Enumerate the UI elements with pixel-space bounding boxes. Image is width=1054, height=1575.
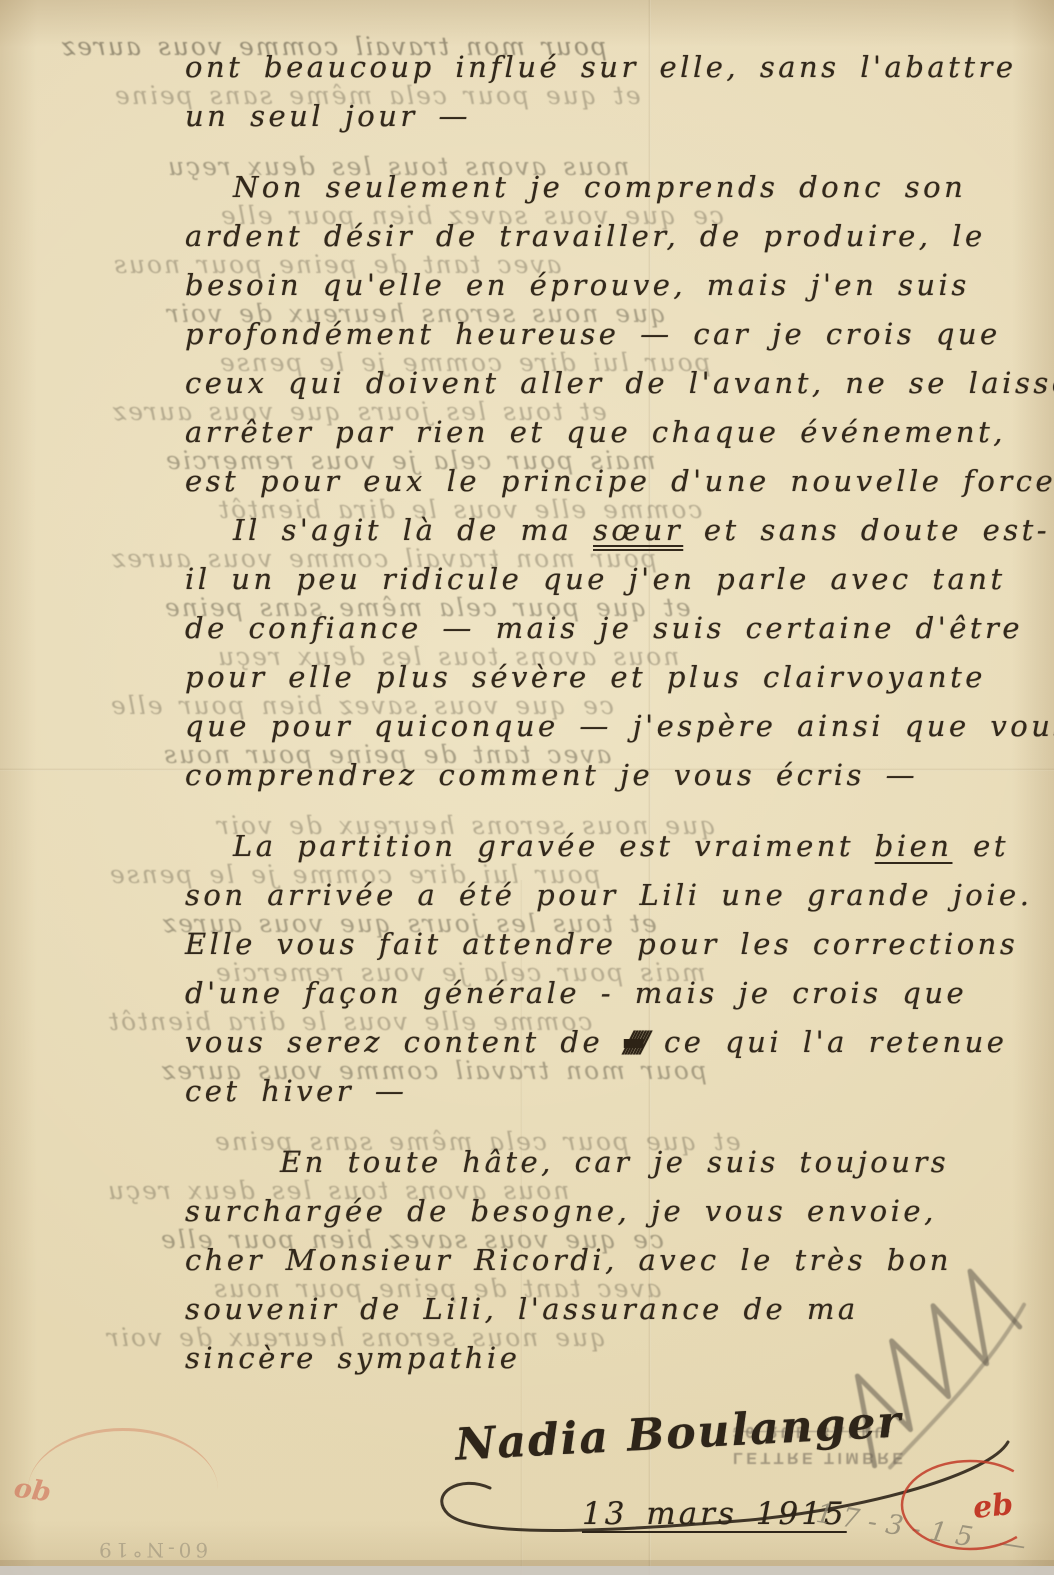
handwritten-text: un seul jour — (185, 99, 471, 133)
handwritten-text: profondément heureuse — car je crois que (185, 317, 1001, 351)
handwritten-text: d'une façon générale - mais je crois que (185, 976, 967, 1010)
handwritten-text: En toute hâte, car je suis toujours (280, 1145, 949, 1179)
handwritten-text: souvenir de Lili, l'assurance de ma (185, 1292, 859, 1326)
handwritten-text: cher Monsieur Ricordi, avec le très bon (185, 1243, 952, 1277)
handwritten-text: pour elle plus sévère et plus clairvoyan… (185, 660, 986, 694)
handwritten-text: ardent désir de travailler, de produire,… (185, 219, 986, 253)
red-circle-mark: eb (971, 1487, 1015, 1526)
handwritten-text: surchargée de besogne, je vous envoie, (185, 1194, 937, 1228)
handwritten-text: que pour quiconque — j'espère ainsi que … (185, 709, 1054, 743)
corner-red-arc (28, 1428, 218, 1551)
letter-line: avec tant de peine pour nouscomprendrez … (0, 758, 1054, 807)
handwritten-text: comprendrez comment je vous écris — (185, 758, 918, 792)
handwritten-text: Il s'agit là de ma sœur et sans doute es… (233, 513, 1050, 547)
handwritten-text: Elle vous fait attendre pour les correct… (185, 927, 1018, 961)
handwritten-text: est pour eux le principe d'une nouvelle … (185, 464, 1054, 498)
handwritten-text: ont beaucoup influé sur elle, sans l'aba… (185, 50, 1017, 84)
handwritten-text: arrêter par rien et que chaque événement… (185, 415, 1006, 449)
handwritten-text: La partition gravée est vraiment bien et (233, 829, 1009, 863)
scan-edge-strip (0, 1566, 1054, 1575)
handwritten-text: il un peu ridicule que j'en parle avec t… (185, 562, 1006, 596)
letter-line: pour mon travail comme vous aurezcet hiv… (0, 1074, 1054, 1123)
handwritten-text: cet hiver — (185, 1074, 407, 1108)
letter-body: pour mon travail comme vous aurezont bea… (0, 50, 1054, 1390)
handwritten-text: sincère sympathie (185, 1341, 520, 1375)
handwritten-text: vous serez content de /////// ce qui l'a… (185, 1025, 1007, 1059)
handwritten-text: Non seulement je comprends donc son (233, 170, 966, 204)
date: 13 mars 1915 (582, 1496, 847, 1532)
corner-pencil-note: 60-N°19 (95, 1538, 208, 1562)
red-circle-annotation: eb (895, 1453, 1045, 1563)
red-circle-outline (895, 1453, 1045, 1563)
corner-red-mark: ob (12, 1473, 53, 1509)
handwritten-text: ceux qui doivent aller de l'avant, ne se… (185, 366, 1054, 400)
handwritten-text: besoin qu'elle en éprouve, mais j'en sui… (185, 268, 970, 302)
letter-line: et que pour cela même sans peineun seul … (0, 99, 1054, 148)
letter-scan-page: pour mon travail comme vous aurezont bea… (0, 0, 1054, 1575)
handwritten-text: son arrivée a été pour Lili une grande j… (185, 878, 1032, 912)
handwritten-text: de confiance — mais je suis certaine d'ê… (185, 611, 1023, 645)
